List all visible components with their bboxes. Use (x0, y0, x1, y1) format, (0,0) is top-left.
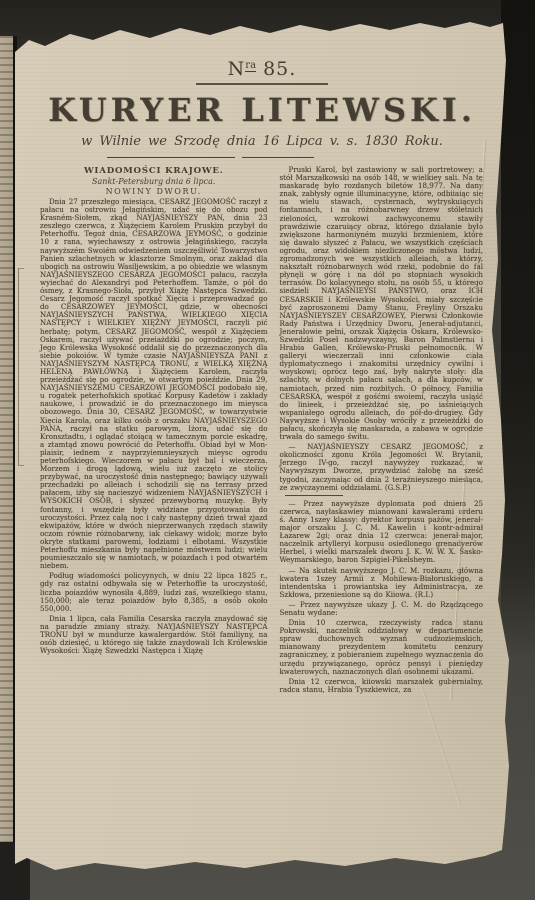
margin-bracket-mark (18, 268, 24, 466)
section-dateline: Sankt-Petersburg dnia 6 lipca. (40, 177, 267, 186)
article-paragraph: — Przez naywyższe ukazy J. C. M. do Rząd… (279, 601, 483, 617)
article-paragraph: Podług wiadomości policyynych, w dniu 22… (40, 572, 267, 612)
left-column: WIADOMOŚCI KRAJOWE. Sankt-Petersburg dni… (40, 166, 267, 696)
article-paragraph: — Przez naywyższe dyplomata pod dniem 25… (279, 500, 483, 565)
masthead-dateline: w Wilnie we Srzodę dnia 16 Lipca v. s. 1… (15, 134, 509, 149)
newspaper-title: KURYER LITEWSKI. (15, 91, 509, 129)
right-column: Pruski Karol, był zastawiony w sali port… (279, 166, 483, 696)
divider-segment (107, 157, 235, 158)
article-paragraph: Pruski Karol, był zastawiony w sali port… (279, 166, 483, 441)
section-rule (285, 495, 343, 496)
masthead-divider (107, 157, 509, 158)
scanned-newspaper-page: Nra 85. KURYER LITEWSKI. w Wilnie we Srz… (0, 0, 535, 900)
article-paragraph: Dnia 27 przeszłego miesiąca, CESARZ JEGO… (40, 198, 267, 570)
adjacent-page-edge (0, 36, 17, 842)
divider-segment (242, 157, 314, 158)
issue-number-superscript: ra (245, 60, 256, 72)
article-columns: WIADOMOŚCI KRAJOWE. Sankt-Petersburg dni… (15, 158, 509, 696)
article-paragraph: Dnia 1 lipca, cała Familia Cesarska racz… (40, 615, 267, 655)
article-paragraph: — Na skutek naywyższego J. C. M. rozkazu… (279, 567, 483, 599)
issue-number-prefix: N (228, 58, 246, 80)
masthead: Nra 85. KURYER LITEWSKI. w Wilnie we Srz… (15, 0, 509, 158)
issue-number: Nra 85. (15, 58, 509, 80)
section-subheading: NOWINY DWORU. (40, 187, 267, 196)
issue-number-value: 85. (263, 58, 296, 80)
issue-number-rule (196, 83, 328, 85)
scan-background-right-band (501, 0, 535, 660)
newspaper-sheet: Nra 85. KURYER LITEWSKI. w Wilnie we Srz… (15, 0, 509, 874)
article-paragraph: Dnia 12 czerwca, kiiowski marszałek gube… (279, 678, 483, 694)
section-heading: WIADOMOŚCI KRAJOWE. (40, 166, 267, 176)
article-paragraph: — NAYJAŚNIEYSZY CESARZ JEGOMOŚĆ, z okoli… (279, 443, 483, 492)
